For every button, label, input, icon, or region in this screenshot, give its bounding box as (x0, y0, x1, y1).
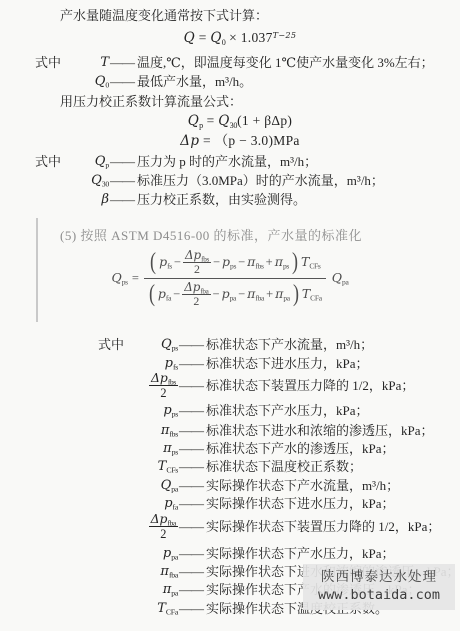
formula-lhs: Q (184, 30, 195, 46)
symbol: πfba (138, 563, 178, 580)
def-row: πfbs —— 标准状态下进水和浓缩的渗透压，kPa； (98, 422, 434, 439)
def-row: ppa —— 实际操作状态下产水压力，kPa； (98, 545, 395, 562)
standardization-formula: Qps = ( pfs − Δpfbs2 − pps − πfbs + πps … (0, 249, 460, 308)
symbol-description: 实际操作状态下产水流量，m³/h； (205, 478, 399, 494)
symbol: TCFa (138, 600, 178, 617)
symbol-description: 标准状态下产水流量，m³/h； (205, 337, 373, 353)
symbol-description: 标准状态下进水和浓缩的渗透压，kPa； (205, 423, 434, 439)
symbol-description: 实际操作状态下产水压力，kPa； (205, 546, 395, 562)
symbol-description: 温度,℃，即温度每变化 1℃使产水量变化 3%左右； (136, 55, 434, 71)
symbol: Δpfba2 (138, 513, 178, 541)
temperature-formula: Q = Q0 × 1.037T−25 (40, 30, 440, 47)
symbol: Qpa (138, 477, 178, 494)
symbol: πpa (138, 581, 178, 598)
symbol: Q30 (75, 172, 109, 189)
symbol: πps (138, 440, 178, 457)
formula-rhs: Qpa (332, 270, 349, 287)
symbol-description: 最低产水量，m³/h。 (136, 74, 252, 90)
symbol: Qps (138, 336, 178, 353)
symbol-description: 压力为 p 时的产水流量，m³/h； (136, 154, 317, 170)
symbol-description: 标准状态下产水压力，kPa； (205, 403, 369, 419)
def-row: Q30 —— 标准压力（3.0MPa）时的产水流量，m³/h； (35, 172, 384, 189)
intro-line: 产水量随温度变化通常按下式计算： (60, 8, 268, 24)
where-label: 式中 (35, 55, 75, 71)
def-row: Δpfbs2 —— 标准状态下装置压力降的 1/2，kPa； (98, 372, 414, 400)
def-row: pfa —— 实际操作状态下进水压力，kPa； (98, 495, 395, 512)
dash: —— (109, 74, 136, 90)
pressure-line: 用压力校正系数计算流量公式： (60, 94, 242, 110)
fraction-numerator: ( pfs − Δpfbs2 − pps − πfbs + πps ) TCFs (144, 249, 325, 279)
delta-p-formula: Δp = （p − 3.0)MPa (40, 133, 440, 150)
def-row: TCFs —— 标准状态下温度校正系数； (98, 458, 362, 475)
symbol-description: 标准状态下产水的渗透压，kPa； (205, 441, 395, 457)
def-row: Δpfba2 —— 实际操作状态下装置压力降的 1/2，kPa； (98, 513, 440, 541)
symbol: pfs (138, 355, 178, 372)
watermark-company: 陕西博泰达水处理 (305, 569, 453, 587)
watermark-url: www.botaida.com (305, 587, 453, 605)
symbol: pps (138, 402, 178, 419)
def-row: πps —— 标准状态下产水的渗透压，kPa； (98, 440, 395, 457)
document-page: 产水量随温度变化通常按下式计算： Q = Q0 × 1.037T−25 式中 T… (0, 0, 460, 631)
symbol-description: 标准状态下进水压力，kPa； (205, 356, 369, 372)
def-row: Q0 —— 最低产水量，m³/h。 (35, 73, 252, 90)
symbol: pfa (138, 495, 178, 512)
symbol: β (75, 191, 109, 208)
def-row: 式中 Qp —— 压力为 p 时的产水流量，m³/h； (35, 153, 317, 170)
def-row: 式中 Qps —— 标准状态下产水流量，m³/h； (98, 336, 373, 353)
symbol: πfbs (138, 422, 178, 439)
watermark: 陕西博泰达水处理 www.botaida.com (303, 564, 455, 610)
dash: —— (109, 55, 136, 71)
symbol: TCFs (138, 458, 178, 475)
symbol-description: 标准状态下装置压力降的 1/2，kPa； (205, 378, 414, 394)
def-row: Qpa —— 实际操作状态下产水流量，m³/h； (98, 477, 399, 494)
def-row: pps —— 标准状态下产水压力，kPa； (98, 402, 369, 419)
fraction-denominator: ( pfa − Δpfba2 − ppa − πfba + πpa ) TCFa (143, 279, 327, 308)
formula-lhs: Qps (111, 270, 127, 287)
symbol: T (75, 54, 109, 71)
where-label: 式中 (35, 154, 75, 170)
def-row: pfs —— 标准状态下进水压力，kPa； (98, 355, 369, 372)
def-row: β —— 压力校正系数，由实验测得。 (35, 191, 306, 208)
section-heading: (5) 按照 ASTM D4516-00 的标准，产水量的标准化 (60, 228, 362, 244)
symbol-description: 压力校正系数，由实验测得。 (136, 192, 306, 208)
fraction: ( pfs − Δpfbs2 − pps − πfbs + πps ) TCFs… (143, 249, 327, 308)
symbol-description: 实际操作状态下进水压力，kPa； (205, 496, 395, 512)
symbol: Qp (75, 153, 109, 170)
symbol: Q0 (75, 73, 109, 90)
symbol: Δpfbs2 (138, 372, 178, 400)
symbol-description: 标准压力（3.0MPa）时的产水流量，m³/h； (136, 173, 384, 189)
where-label: 式中 (98, 337, 138, 353)
symbol-description: 实际操作状态下装置压力降的 1/2，kPa； (205, 519, 440, 535)
def-row: 式中 T —— 温度,℃，即温度每变化 1℃使产水量变化 3%左右； (35, 54, 434, 71)
symbol-description: 标准状态下温度校正系数； (205, 459, 362, 475)
pressure-formula: Qp = Q30(1 + βΔp) (40, 113, 440, 130)
symbol: ppa (138, 545, 178, 562)
